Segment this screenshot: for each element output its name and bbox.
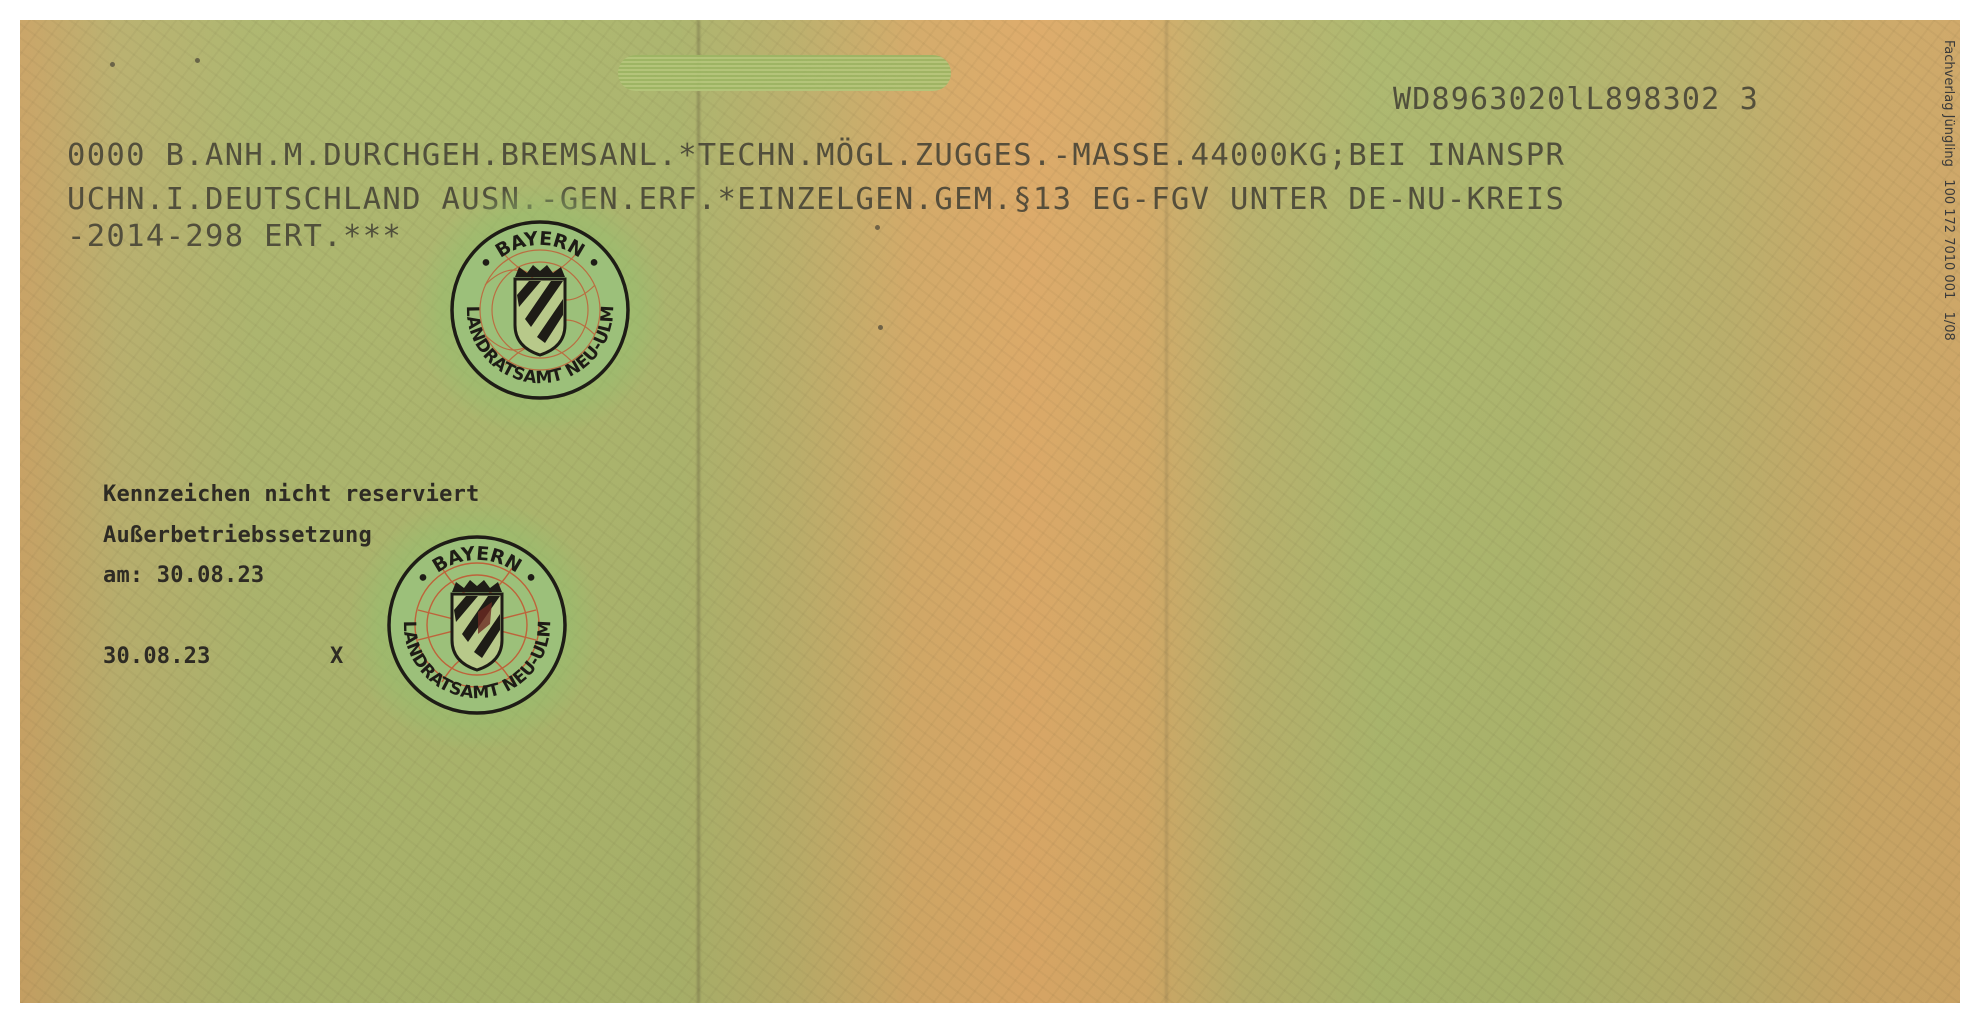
paper-speck: [878, 325, 883, 330]
bavarian-coat-of-arms-icon: [515, 265, 565, 355]
deregistration-date-line: am: 30.08.23: [103, 563, 264, 588]
remarks-line-1: 0000 B.ANH.M.DURCHGEH.BREMSANL.*TECHN.MÖ…: [67, 138, 1565, 173]
deregistration-date: 30.08.23: [103, 644, 211, 669]
remarks-line-2: UCHN.I.DEUTSCHLAND AUSN.-GEN.ERF.*EINZEL…: [67, 182, 1565, 217]
signature-mark: X: [330, 644, 343, 669]
deregistration-label: Außerbetriebssetzung: [103, 523, 372, 548]
printer-imprint: Fachverlag Jüngling 100 172 7010 001 1/0…: [1942, 40, 1960, 480]
plate-not-reserved-text: Kennzeichen nicht reserviert: [103, 482, 479, 507]
official-seal-stamp: • BAYERN • LANDRATSAMT NEU-ULM: [382, 530, 572, 720]
remarks-line-3: -2014-298 ERT.***: [67, 219, 402, 254]
official-seal-stamp: • BAYERN • LANDRATSAMT NEU-ULM: [445, 215, 635, 405]
printer-imprint-text: Fachverlag Jüngling 100 172 7010 001 1/0…: [1941, 40, 1956, 341]
paper-speck: [195, 58, 200, 63]
registration-document: WD8963020lL898302 3 0000 B.ANH.M.DURCHGE…: [20, 20, 1960, 1003]
redacted-field: [618, 55, 951, 91]
vehicle-identification-number: WD8963020lL898302 3: [1393, 82, 1759, 117]
paper-speck: [875, 225, 880, 230]
paper-speck: [110, 62, 115, 67]
bavarian-coat-of-arms-icon: [452, 580, 502, 670]
